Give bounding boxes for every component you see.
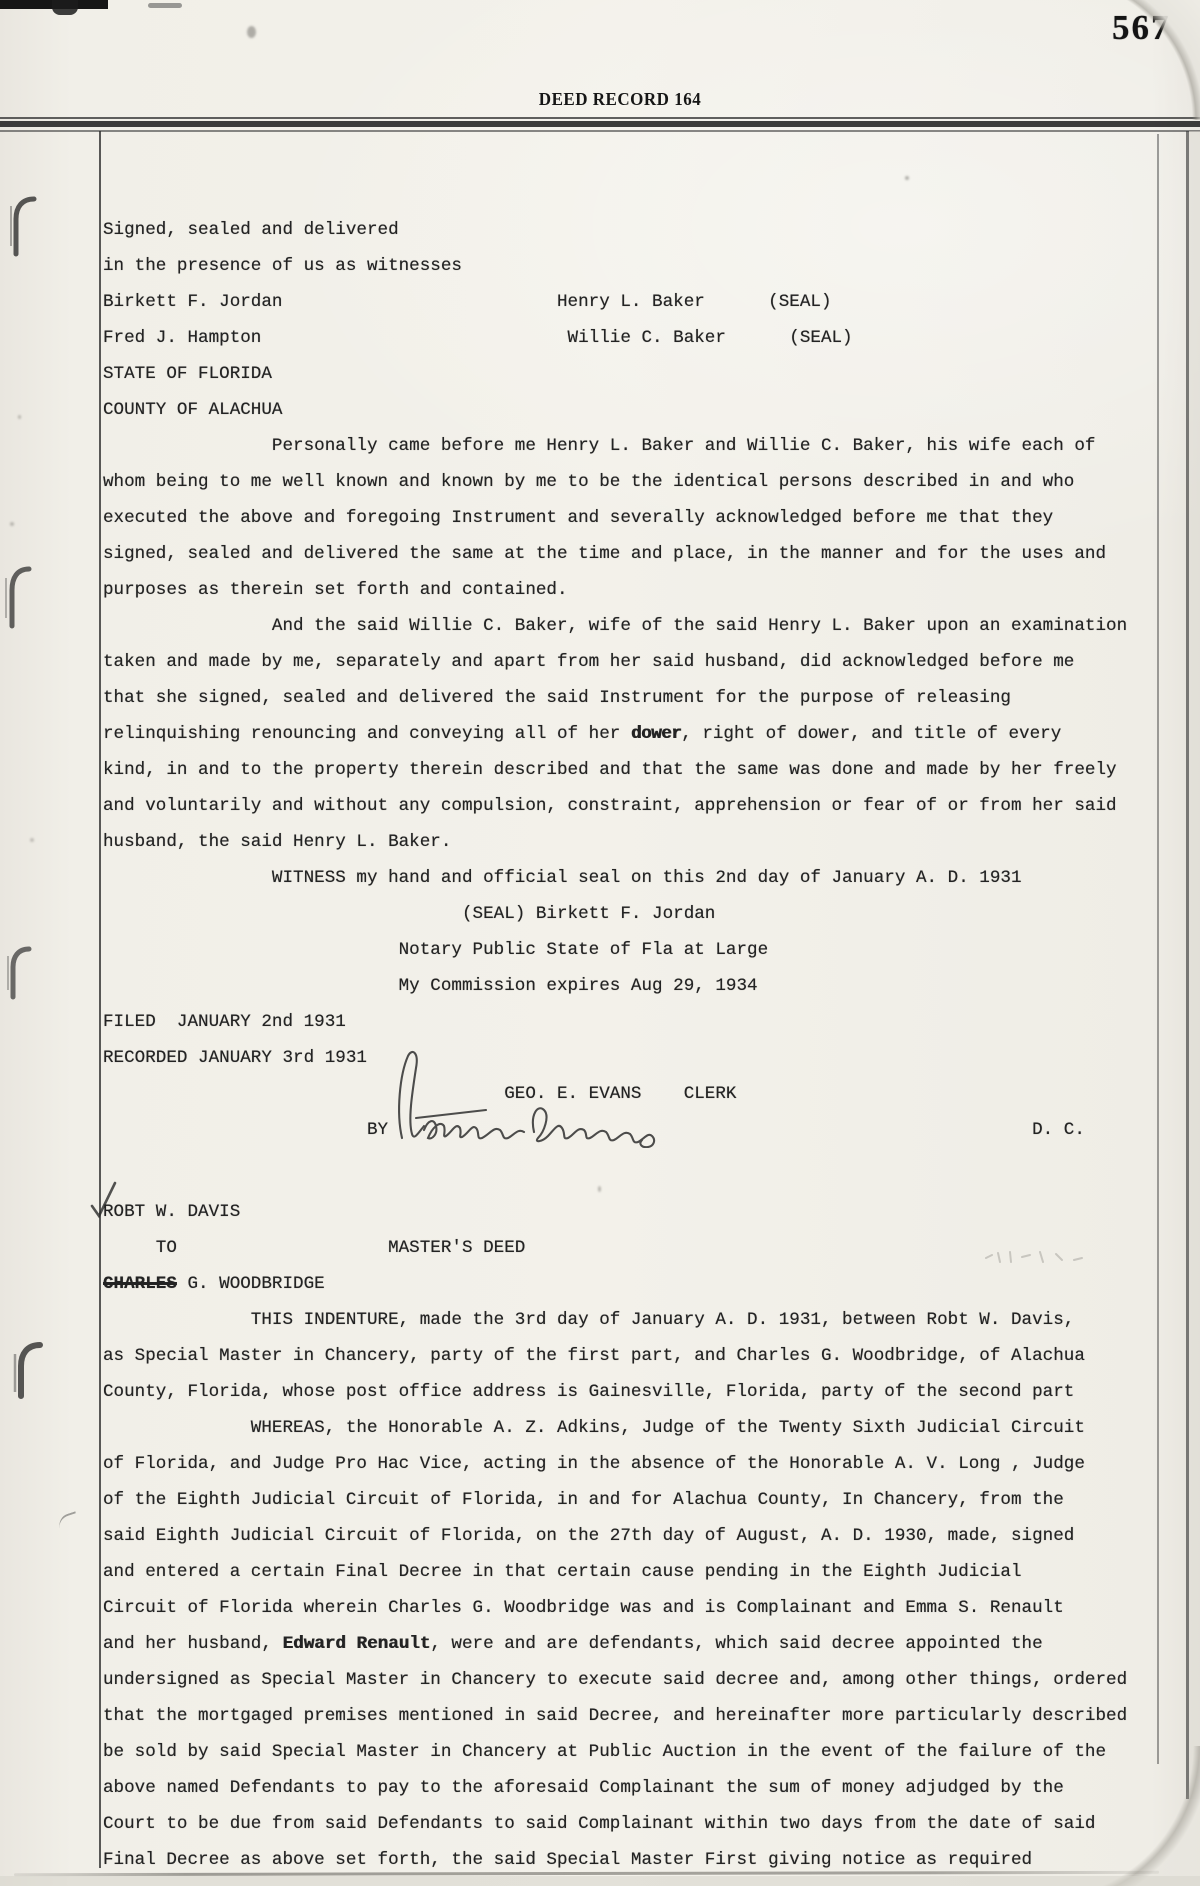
text-line: as Special Master in Chancery, party of … <box>103 1338 1127 1374</box>
text-line: kind, in and to the property therein des… <box>103 752 1127 788</box>
renault-overtyped-name: Edward Renault <box>283 1634 431 1654</box>
header-rule-thick <box>0 121 1200 127</box>
text-line: My Commission expires Aug 29, 1934 <box>103 968 1127 1004</box>
text-line: Notary Public State of Fla at Large <box>103 932 1127 968</box>
header-rule-top <box>0 117 1200 119</box>
text-line: TO MASTER'S DEED <box>103 1230 1127 1266</box>
renault-line-pre: and her husband, <box>103 1634 283 1654</box>
text-line: that she signed, sealed and delivered th… <box>103 680 1127 716</box>
dower-line: relinquishing renouncing and conveying a… <box>103 716 1127 752</box>
text-line: husband, the said Henry L. Baker. <box>103 824 1127 860</box>
deed-body-lines-a: THIS INDENTURE, made the 3rd day of Janu… <box>103 1302 1127 1626</box>
scan-edge-artifact <box>148 3 182 8</box>
binder-mark <box>8 196 42 260</box>
scan-edge-artifact <box>52 0 78 15</box>
ink-speck <box>10 522 14 526</box>
text-line: County, Florida, whose post office addre… <box>103 1374 1127 1410</box>
text-line: WHEREAS, the Honorable A. Z. Adkins, Jud… <box>103 1410 1127 1446</box>
text-line: signed, sealed and delivered the same at… <box>103 536 1127 572</box>
text-line: ROBT W. DAVIS <box>103 1194 1127 1230</box>
header-rule-bottom <box>0 130 1200 132</box>
binder-mark <box>4 566 36 632</box>
ink-smudge <box>247 26 256 38</box>
notary-acknowledgment-section: Signed, sealed and deliveredin the prese… <box>103 212 1127 1148</box>
right-margin-rule-outer <box>1186 131 1189 1799</box>
text-line: THIS INDENTURE, made the 3rd day of Janu… <box>103 1302 1127 1338</box>
text-line: Signed, sealed and delivered <box>103 212 1127 248</box>
text-line: and entered a certain Final Decree in th… <box>103 1554 1127 1590</box>
deed-caption-lines: ROBT W. DAVIS TO MASTER'S DEED <box>103 1194 1127 1266</box>
masters-deed-section: ROBT W. DAVIS TO MASTER'S DEED CHARLES G… <box>103 1194 1127 1878</box>
text-line: FILED JANUARY 2nd 1931 <box>103 1004 1127 1040</box>
deed-body-lines-b: undersigned as Special Master in Chancer… <box>103 1662 1127 1878</box>
text-line: of the Eighth Judicial Circuit of Florid… <box>103 1482 1127 1518</box>
text-line: Final Decree as above set forth, the sai… <box>103 1842 1127 1878</box>
binder-mark <box>12 1342 48 1402</box>
text-line: STATE OF FLORIDA <box>103 356 1127 392</box>
binder-mark <box>6 946 36 1002</box>
text-line: said Eighth Judicial Circuit of Florida,… <box>103 1518 1127 1554</box>
text-line: be sold by said Special Master in Chance… <box>103 1734 1127 1770</box>
text-line: executed the above and foregoing Instrum… <box>103 500 1127 536</box>
ink-speck <box>905 176 909 180</box>
renault-line: and her husband, Edward Renault, were an… <box>103 1626 1127 1662</box>
paper-crease-mark <box>56 1511 79 1530</box>
text-line: whom being to me well known and known by… <box>103 464 1127 500</box>
text-line: COUNTY OF ALACHUA <box>103 392 1127 428</box>
clerk-signature <box>386 1048 676 1153</box>
grantee-struck-word: CHARLES <box>103 1274 177 1294</box>
text-line: purposes as therein set forth and contai… <box>103 572 1127 608</box>
grantee-line: CHARLES G. WOODBRIDGE <box>103 1266 1127 1302</box>
text-line: Birkett F. Jordan Henry L. Baker (SEAL) <box>103 284 1127 320</box>
scanned-deed-record-page: { "page": { "number": "567", "header": "… <box>0 0 1200 1886</box>
dower-line-pre: relinquishing renouncing and conveying a… <box>103 724 631 744</box>
right-margin-rule-inner <box>1157 134 1159 1764</box>
text-line: Circuit of Florida wherein Charles G. Wo… <box>103 1590 1127 1626</box>
text-line: (SEAL) Birkett F. Jordan <box>103 896 1127 932</box>
text-line: in the presence of us as witnesses <box>103 248 1127 284</box>
dower-line-post: , right of dower, and title of every <box>681 724 1061 744</box>
text-line: above named Defendants to pay to the afo… <box>103 1770 1127 1806</box>
ink-speck <box>30 838 34 842</box>
text-line: Personally came before me Henry L. Baker… <box>103 428 1127 464</box>
right-gutter-shade <box>1189 131 1200 1799</box>
left-margin-rule <box>99 131 101 1868</box>
ink-speck <box>18 415 21 419</box>
acknowledgment-lines-a: Signed, sealed and deliveredin the prese… <box>103 212 1127 716</box>
text-line: and voluntarily and without any compulsi… <box>103 788 1127 824</box>
ink-speck <box>598 1186 601 1192</box>
text-line: WITNESS my hand and official seal on thi… <box>103 860 1127 896</box>
text-line: Court to be due from said Defendants to … <box>103 1806 1127 1842</box>
text-line: that the mortgaged premises mentioned in… <box>103 1698 1127 1734</box>
text-line: taken and made by me, separately and apa… <box>103 644 1127 680</box>
dower-overtyped-word: dower <box>631 724 681 744</box>
text-line: of Florida, and Judge Pro Hac Vice, acti… <box>103 1446 1127 1482</box>
text-line: Fred J. Hampton Willie C. Baker (SEAL) <box>103 320 1127 356</box>
renault-line-post: , were and are defendants, which said de… <box>430 1634 1042 1654</box>
grantee-line-rest: G. WOODBRIDGE <box>177 1274 325 1294</box>
page-corner-curl-top-right <box>1050 0 1200 120</box>
text-line: And the said Willie C. Baker, wife of th… <box>103 608 1127 644</box>
book-title: DEED RECORD 164 <box>0 90 1200 111</box>
text-line: undersigned as Special Master in Chancer… <box>103 1662 1127 1698</box>
